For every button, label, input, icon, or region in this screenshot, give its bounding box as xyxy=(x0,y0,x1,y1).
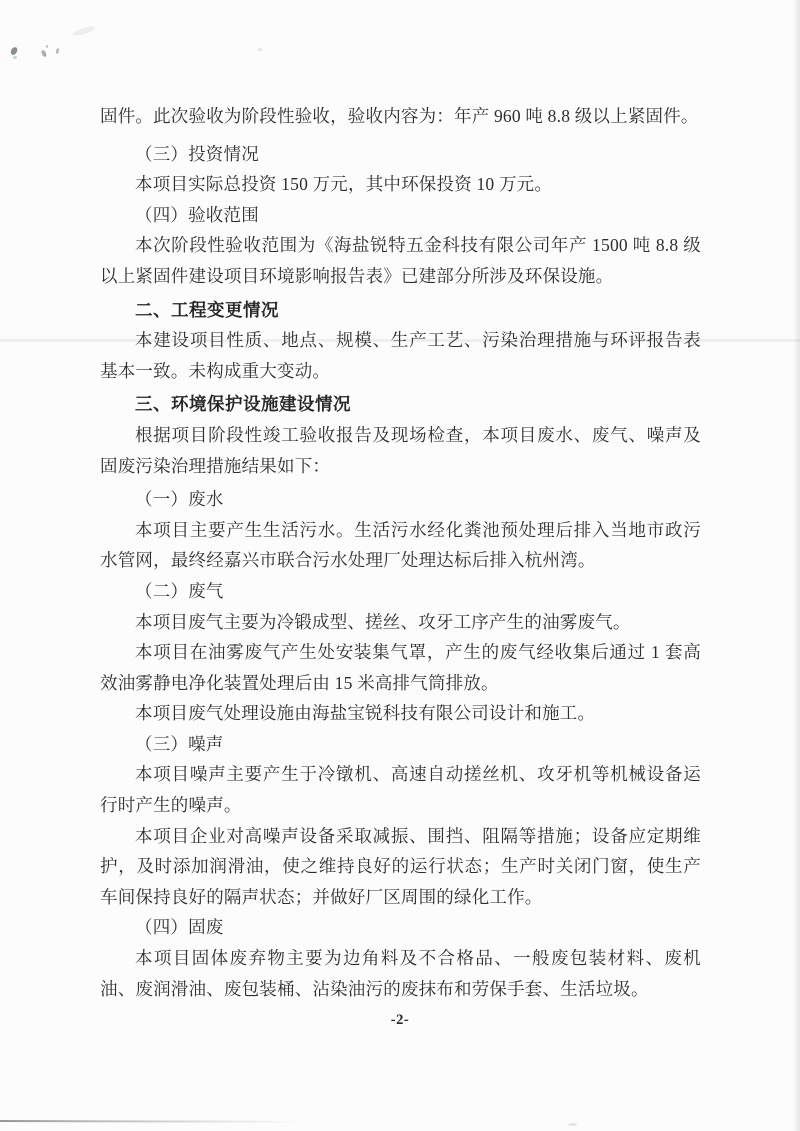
scan-smudge xyxy=(72,24,97,37)
scan-speck xyxy=(41,50,47,58)
subsection-label-scope: （四）验收范围 xyxy=(100,200,701,231)
body-paragraph: 本项目噪声主要产生于冷镦机、高速自动搓丝机、攻牙机等机械设备运行时产生的噪声。 xyxy=(100,759,701,820)
body-paragraph: 本次阶段性验收范围为《海盐锐特五金科技有限公司年产 1500 吨 8.8 级以上… xyxy=(100,230,701,291)
scan-speck xyxy=(568,1123,577,1126)
section-heading-changes: 二、工程变更情况 xyxy=(100,295,701,326)
subsection-label-investment: （三）投资情况 xyxy=(100,139,701,170)
body-paragraph-continuation: 固件。此次验收为阶段性验收，验收内容为：年产 960 吨 8.8 级以上紧固件。 xyxy=(100,101,701,132)
scan-speck xyxy=(55,48,59,55)
body-paragraph: 本项目废气主要为冷锻成型、搓丝、攻牙工序产生的油雾废气。 xyxy=(100,607,701,638)
body-paragraph: 本项目实际总投资 150 万元，其中环保投资 10 万元。 xyxy=(100,169,701,200)
scan-speck xyxy=(10,46,18,55)
scan-speck xyxy=(13,56,17,59)
scan-speck xyxy=(46,45,48,48)
subsection-label-solidwaste: （四）固废 xyxy=(100,912,701,943)
body-paragraph: 本项目固体废弃物主要为边角料及不合格品、一般废包装材料、废机油、废润滑油、废包装… xyxy=(100,943,701,1004)
subsection-label-noise: （三）噪声 xyxy=(100,729,701,760)
body-paragraph: 本建设项目性质、地点、规模、生产工艺、污染治理措施与环评报告表基本一致。未构成重… xyxy=(100,325,701,386)
section-heading-env-facilities: 三、环境保护设施建设情况 xyxy=(100,389,701,420)
body-paragraph: 本项目企业对高噪声设备采取减振、围挡、阻隔等措施；设备应定期维护，及时添加润滑油… xyxy=(100,821,701,913)
body-paragraph: 本项目主要产生生活污水。生活污水经化粪池预处理后排入当地市政污水管网，最终经嘉兴… xyxy=(100,515,701,576)
body-paragraph: 本项目在油雾废气产生处安装集气罩，产生的废气经收集后通过 1 套高效油雾静电净化… xyxy=(100,637,701,698)
body-paragraph: 本项目废气处理设施由海盐宝锐科技有限公司设计和施工。 xyxy=(100,698,701,729)
body-paragraph: 根据项目阶段性竣工验收报告及现场检查，本项目废水、废气、噪声及固废污染治理措施结… xyxy=(100,420,701,481)
subsection-label-wastewater: （一）废水 xyxy=(100,484,701,515)
document-page: 固件。此次验收为阶段性验收，验收内容为：年产 960 吨 8.8 级以上紧固件。… xyxy=(0,0,800,1131)
scan-edge-shadow xyxy=(793,0,800,1131)
page-content: 固件。此次验收为阶段性验收，验收内容为：年产 960 吨 8.8 级以上紧固件。… xyxy=(100,101,701,1004)
subsection-label-wastegas: （二）废气 xyxy=(100,576,701,607)
page-number: -2- xyxy=(0,1012,800,1029)
scan-speck xyxy=(258,48,262,51)
scan-bottom-line xyxy=(0,1120,300,1123)
